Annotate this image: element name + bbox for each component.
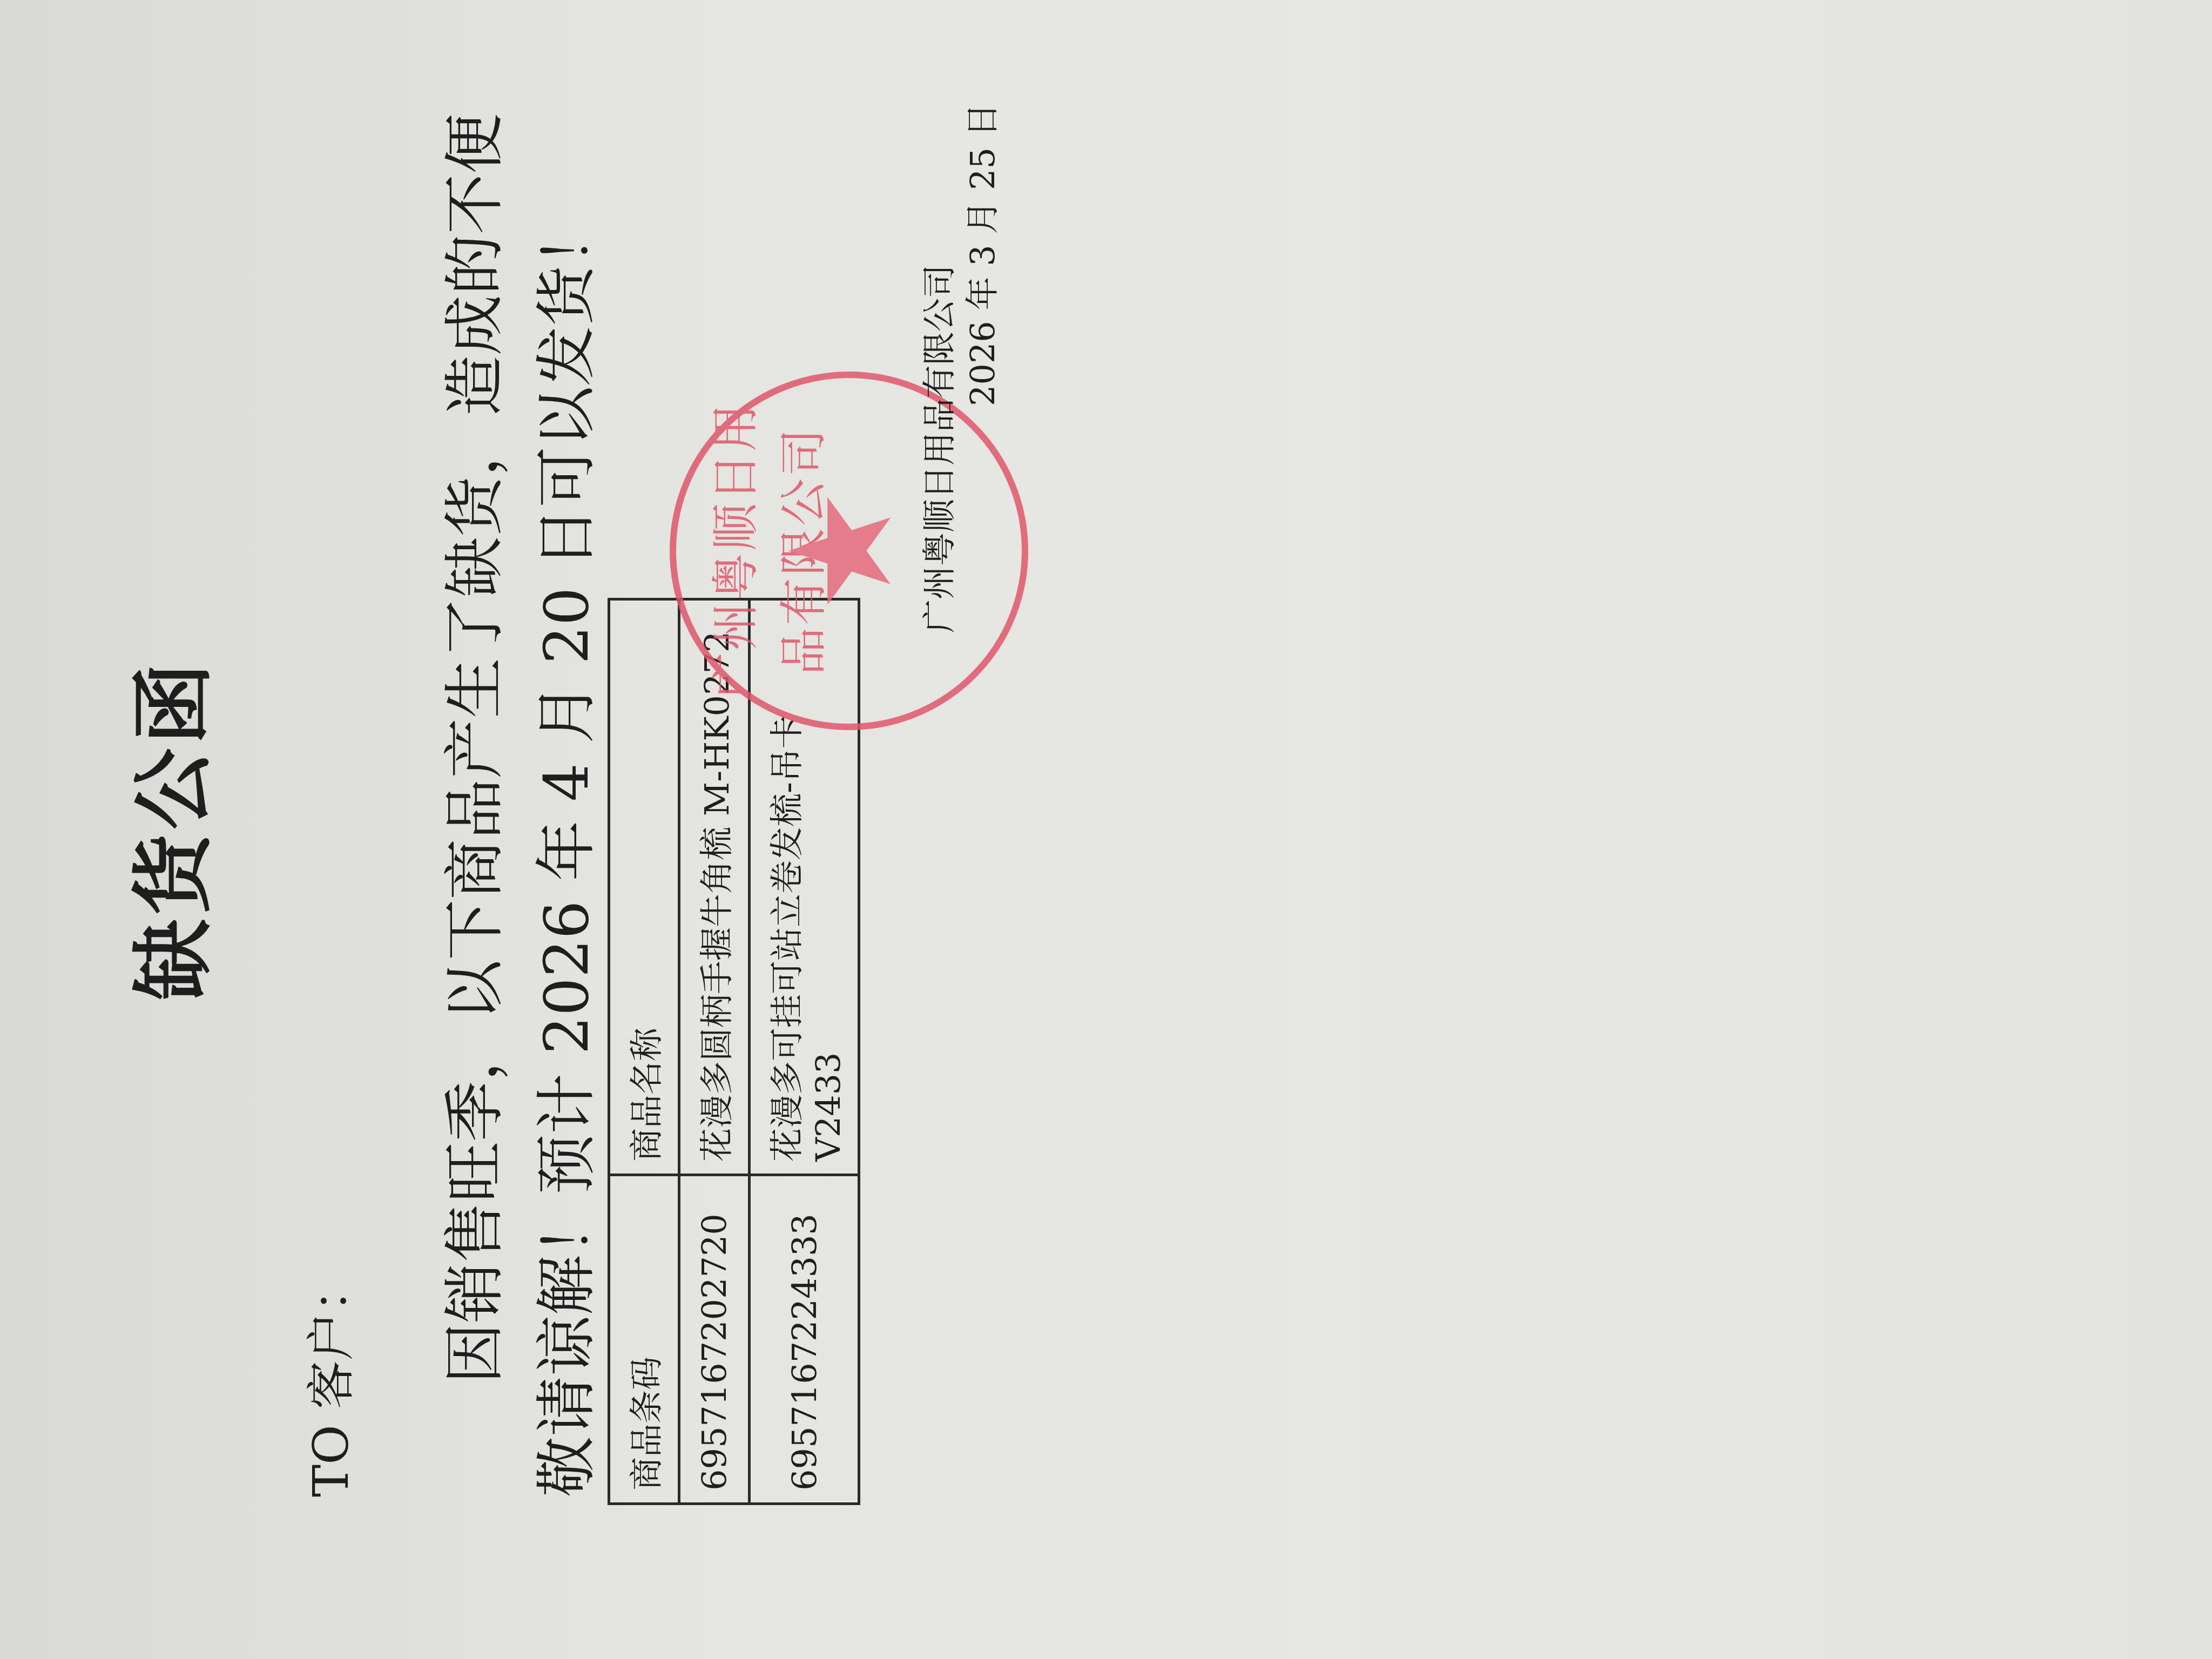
star-icon: ★ [772, 488, 912, 613]
cell-barcode: 6957167202720 [679, 1175, 750, 1504]
signature-company: 广州粤顺日用品有限公司 [913, 265, 961, 633]
rotated-document-page: 缺货公函 TO 客户： 因销售旺季，以下商品产生了缺货，造成的不便 敬请谅解！预… [0, 0, 2212, 1659]
cell-barcode: 6957167224333 [750, 1175, 859, 1504]
table-row: 6957167224333 花漫多可挂可站立卷发梳-吊卡 V2433 [750, 599, 859, 1504]
signature-date: 2026 年 3 月 25 日 [956, 103, 1004, 406]
company-seal-stamp: 广州粤顺日用品有限公司 ★ [670, 372, 1028, 730]
table-header-row: 商品条码 商品名称 [609, 599, 679, 1504]
document-title: 缺货公函 [108, 0, 225, 1659]
body-text-line-2: 敬请谅解！预计 2026 年 4 月 20 日可以发货！ [518, 205, 605, 1497]
header-barcode: 商品条码 [609, 1175, 679, 1504]
body-text-line-1: 因销售旺季，以下商品产生了缺货，造成的不便 [427, 113, 514, 1384]
table-row: 6957167202720 花漫多圆柄手握牛角梳 M-HK0272 [679, 599, 750, 1504]
out-of-stock-table: 商品条码 商品名称 6957167202720 花漫多圆柄手握牛角梳 M-HK0… [608, 598, 860, 1505]
header-product-name: 商品名称 [609, 599, 679, 1175]
recipient-line: TO 客户： [292, 1264, 362, 1497]
